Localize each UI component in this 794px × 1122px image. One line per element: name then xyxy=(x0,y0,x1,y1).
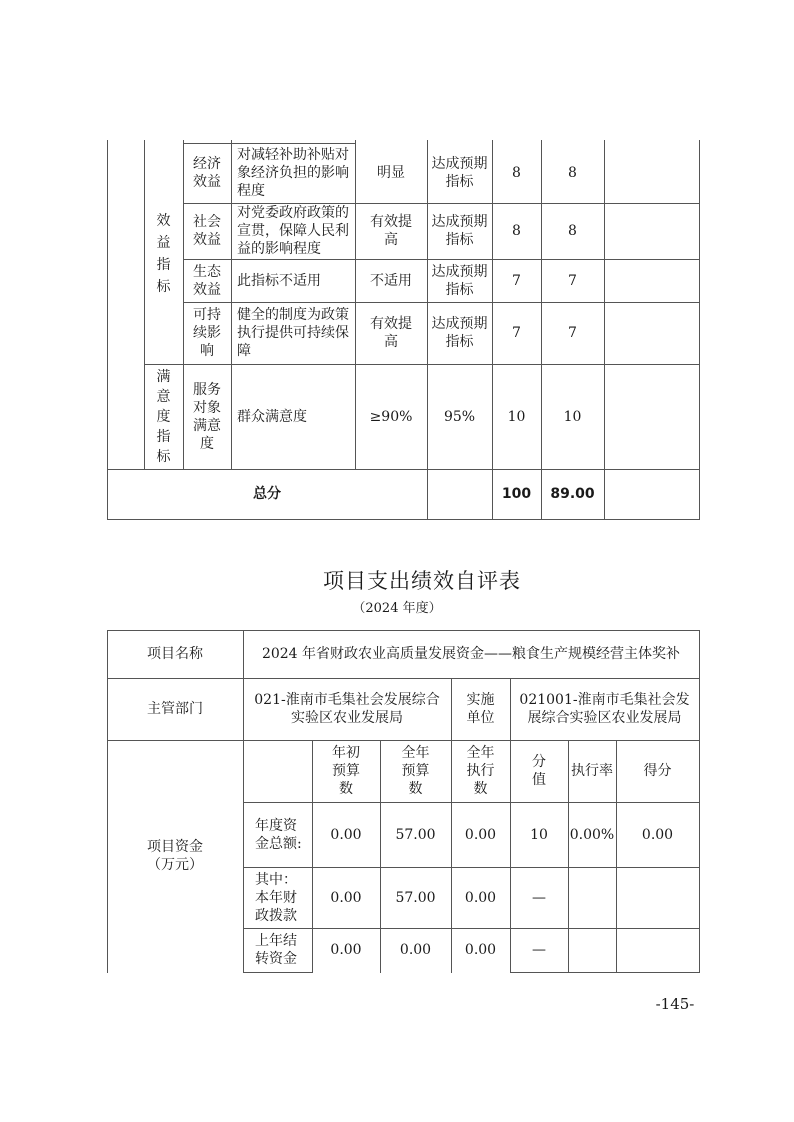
third-level-indicator: 此指标不适用 xyxy=(231,259,355,302)
exec-rate xyxy=(568,928,616,972)
dept-label: 主管部门 xyxy=(107,678,243,740)
third-level-indicator: 群众满意度 xyxy=(231,364,355,469)
actual-value: 达成预期指标 xyxy=(427,143,492,203)
weight-value: — xyxy=(510,928,568,972)
executed-amount: 0.00 xyxy=(451,802,510,867)
remark-value xyxy=(604,259,699,302)
initial-budget: 0.00 xyxy=(312,867,380,928)
total-actual xyxy=(427,469,492,519)
header-weight: 分值 xyxy=(510,740,568,802)
score-value: 8 xyxy=(541,143,604,203)
project-name-value: 2024 年省财政农业高质量发展资金——粮食生产规模经营主体奖补 xyxy=(243,630,699,678)
header-annual-budget: 全年预算数 xyxy=(380,740,451,802)
section-subtitle: （2024 年度） xyxy=(0,597,794,616)
second-level-indicator: 社会效益 xyxy=(183,203,231,259)
target-value: 明显 xyxy=(355,143,427,203)
section-title: 项目支出绩效自评表 xyxy=(0,565,794,595)
page-number: -145- xyxy=(635,995,715,1013)
total-label: 总分 xyxy=(107,469,427,519)
header-initial-budget: 年初预算数 xyxy=(312,740,380,802)
actual-value: 达成预期指标 xyxy=(427,302,492,364)
third-level-indicator: 对减轻补助补贴对象经济负担的影响程度 xyxy=(231,143,355,203)
remark-value xyxy=(604,203,699,259)
first-level-satisfaction: 满意度指标 xyxy=(144,364,183,469)
target-value: 有效提高 xyxy=(355,203,427,259)
first-level-benefit: 效益指标 xyxy=(144,143,183,364)
total-remark xyxy=(604,469,699,519)
initial-budget: 0.00 xyxy=(312,802,380,867)
remark-value xyxy=(604,364,699,469)
header-blank xyxy=(243,740,312,802)
annual-budget: 57.00 xyxy=(380,867,451,928)
executed-amount: 0.00 xyxy=(451,928,510,972)
remark-value xyxy=(604,143,699,203)
score-value: 0.00 xyxy=(616,802,699,867)
annual-budget: 57.00 xyxy=(380,802,451,867)
target-value: 有效提高 xyxy=(355,302,427,364)
row-label: 年度资金总额: xyxy=(243,802,312,867)
dept-value: 021-淮南市毛集社会发展综合实验区农业发展局 xyxy=(243,678,451,740)
initial-budget: 0.00 xyxy=(312,928,380,972)
remark-value xyxy=(604,302,699,364)
total-score: 89.00 xyxy=(541,469,604,519)
annual-budget: 0.00 xyxy=(380,928,451,972)
project-name-label: 项目名称 xyxy=(107,630,243,678)
weight-value: — xyxy=(510,867,568,928)
weight-value: 7 xyxy=(492,302,541,364)
actual-value: 达成预期指标 xyxy=(427,259,492,302)
score-value xyxy=(616,928,699,972)
weight-value: 7 xyxy=(492,259,541,302)
target-value: 不适用 xyxy=(355,259,427,302)
actual-value: 达成预期指标 xyxy=(427,203,492,259)
executed-amount: 0.00 xyxy=(451,867,510,928)
exec-rate: 0.00% xyxy=(568,802,616,867)
impl-value: 021001-淮南市毛集社会发展综合实验区农业发展局 xyxy=(510,678,699,740)
score-value: 7 xyxy=(541,302,604,364)
actual-value: 95% xyxy=(427,364,492,469)
score-value: 10 xyxy=(541,364,604,469)
header-executed: 全年执行数 xyxy=(451,740,510,802)
funds-label: 项目资金（万元） xyxy=(107,740,243,972)
exec-rate xyxy=(568,867,616,928)
weight-value: 8 xyxy=(492,203,541,259)
target-value: ≥90% xyxy=(355,364,427,469)
third-level-indicator: 健全的制度为政策执行提供可持续保障 xyxy=(231,302,355,364)
second-level-indicator: 可持续影响 xyxy=(183,302,231,364)
second-level-indicator: 生态效益 xyxy=(183,259,231,302)
header-score: 得分 xyxy=(616,740,699,802)
score-value: 8 xyxy=(541,203,604,259)
total-weight: 100 xyxy=(492,469,541,519)
second-level-indicator: 经济效益 xyxy=(183,143,231,203)
row-label: 其中：本年财政拨款 xyxy=(243,867,312,928)
second-level-indicator: 服务对象满意度 xyxy=(183,364,231,469)
score-value xyxy=(616,867,699,928)
third-level-indicator: 对党委政府政策的宣贯，保障人民利益的影响程度 xyxy=(231,203,355,259)
weight-value: 8 xyxy=(492,143,541,203)
score-value: 7 xyxy=(541,259,604,302)
weight-value: 10 xyxy=(492,364,541,469)
weight-value: 10 xyxy=(510,802,568,867)
impl-label: 实施单位 xyxy=(451,678,510,740)
header-exec-rate: 执行率 xyxy=(568,740,616,802)
row-label: 上年结转资金 xyxy=(243,928,312,972)
